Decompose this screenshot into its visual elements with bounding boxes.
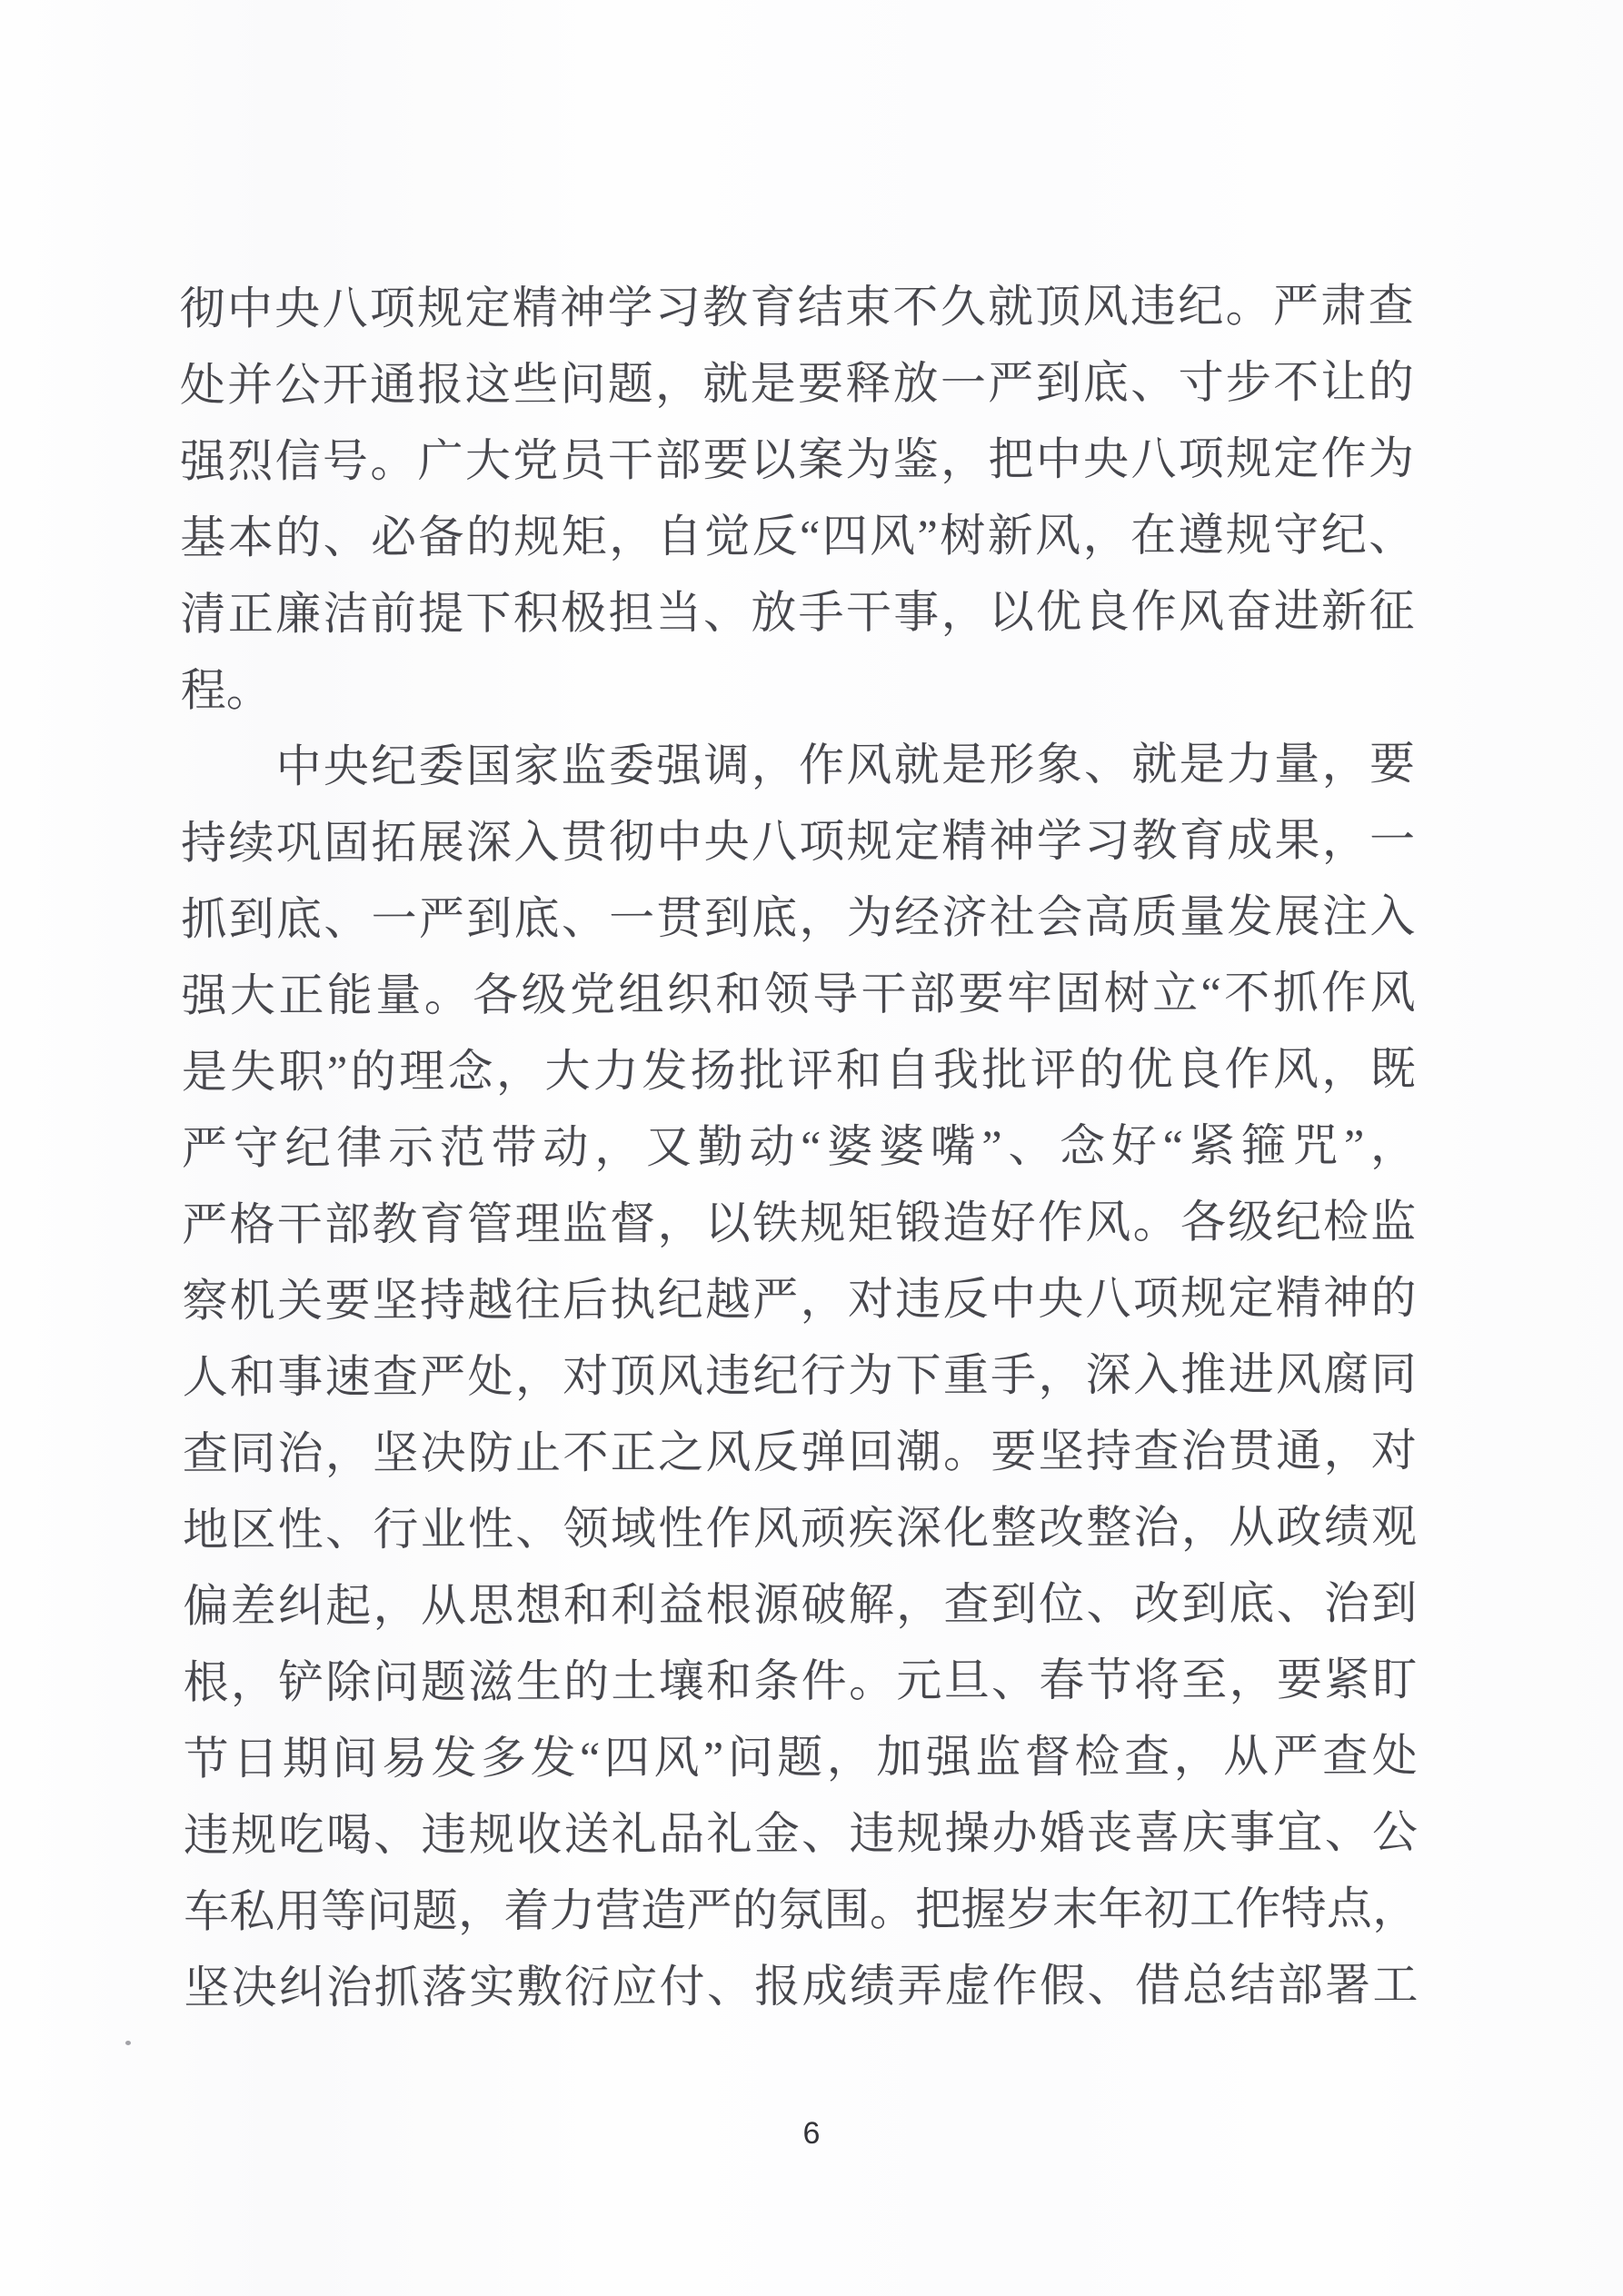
text-line: 节日期间易发多发“四风”问题，加强监督检查，从严查处	[184, 1717, 1418, 1797]
text-line: 强烈信号。广大党员干部要以案为鉴，把中央八项规定作为	[180, 420, 1414, 500]
text-line: 彻中央八项规定精神学习教育结束不久就顶风违纪。严肃查	[179, 267, 1413, 347]
text-line: 抓到底、一严到底、一贯到底，为经济社会高质量发展注入	[181, 878, 1415, 958]
text-line: 持续巩固拓展深入贯彻中央八项规定精神学习教育成果，一	[181, 801, 1415, 881]
text-line: 严格干部教育管理监督，以铁规矩锻造好作风。各级纪检监	[182, 1183, 1416, 1263]
text-line: 查同治，坚决防止不正之风反弹回潮。要坚持查治贯通，对	[183, 1412, 1417, 1492]
page-number: 6	[0, 2116, 1623, 2152]
scan-artifact-dot	[125, 2041, 131, 2045]
document-page: 彻中央八项规定精神学习教育结束不久就顶风违纪。严肃查处并公开通报这些问题，就是要…	[0, 0, 1623, 2296]
text-line: 坚决纠治抓落实敷衍应付、报成绩弄虚作假、借总结部署工	[184, 1946, 1418, 2026]
text-line: 偏差纠起，从思想和利益根源破解，查到位、改到底、治到	[183, 1565, 1417, 1645]
text-line: 严守纪律示范带动，又勤动“婆婆嘴”、念好“紧箍咒”，	[182, 1107, 1416, 1187]
text-line: 程。	[181, 649, 1415, 729]
text-line: 清正廉洁前提下积极担当、放手干事，以优良作风奋进新征	[180, 572, 1414, 652]
text-line: 强大正能量。各级党组织和领导干部要牢固树立“不抓作风	[181, 954, 1415, 1034]
text-line: 中央纪委国家监委强调，作风就是形象、就是力量，要	[181, 725, 1415, 805]
text-line: 基本的、必备的规矩，自觉反“四风”树新风，在遵规守纪、	[180, 496, 1414, 576]
text-line: 察机关要坚持越往后执纪越严，对违反中央八项规定精神的	[182, 1259, 1416, 1339]
text-line: 处并公开通报这些问题，就是要释放一严到底、寸步不让的	[180, 343, 1414, 423]
body-text: 彻中央八项规定精神学习教育结束不久就顶风违纪。严肃查处并公开通报这些问题，就是要…	[179, 267, 1418, 2026]
text-line: 是失职”的理念，大力发扬批评和自我批评的优良作风，既	[182, 1030, 1416, 1110]
text-line: 地区性、行业性、领域性作风顽疾深化整改整治，从政绩观	[183, 1488, 1417, 1568]
text-line: 人和事速查严处，对顶风违纪行为下重手，深入推进风腐同	[183, 1336, 1417, 1416]
text-line: 根，铲除问题滋生的土壤和条件。元旦、春节将至，要紧盯	[183, 1641, 1417, 1721]
text-line: 车私用等问题，着力营造严的氛围。把握岁末年初工作特点，	[184, 1870, 1418, 1950]
text-line: 违规吃喝、违规收送礼品礼金、违规操办婚丧喜庆事宜、公	[184, 1794, 1418, 1874]
